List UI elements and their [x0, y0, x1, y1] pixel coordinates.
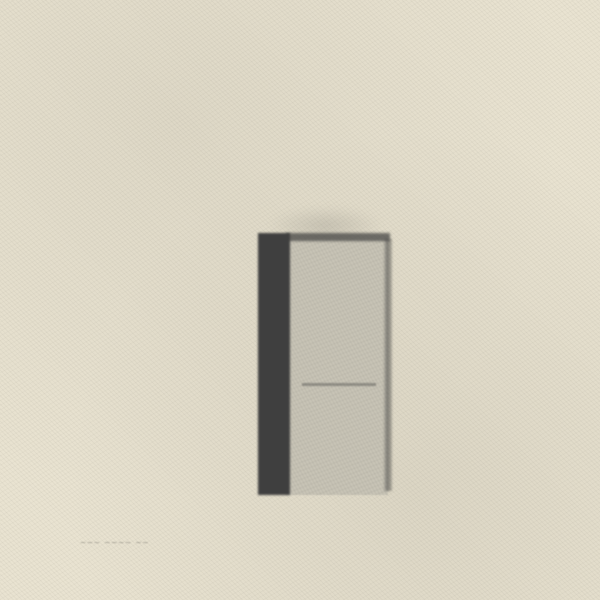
- dark-vertical-band: [258, 233, 290, 495]
- inner-horizontal-stroke: [302, 383, 376, 386]
- top-edge-stroke: [286, 233, 390, 241]
- rectangle-drawing: [258, 233, 394, 495]
- artist-signature: ~~~ ~~~~ ~~: [80, 538, 240, 552]
- right-edge-stroke: [384, 239, 392, 491]
- shaded-panel: [286, 239, 388, 495]
